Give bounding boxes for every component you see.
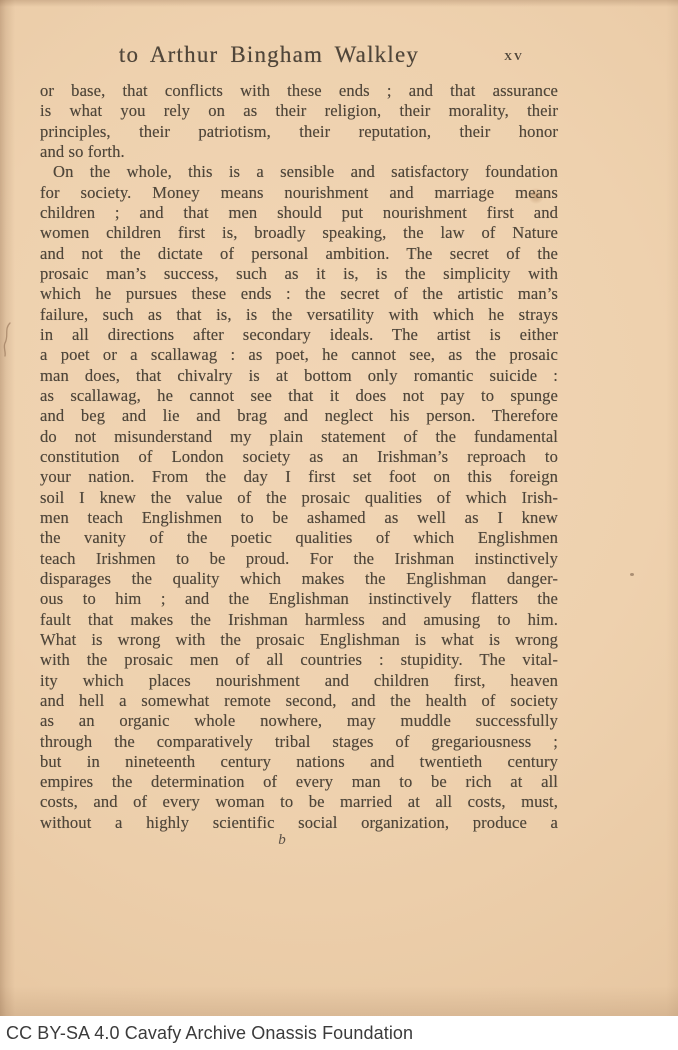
text-line: a poet or a scallawag : as poet, he cann…: [40, 345, 558, 365]
text-line: man does, that chivalry is at bottom onl…: [40, 366, 558, 386]
text-line: women children first is, broadly speakin…: [40, 223, 558, 243]
text-line: or base, that conflicts with these ends …: [40, 81, 558, 101]
text-line: is what you rely on as their religion, t…: [40, 101, 558, 121]
text-line: without a highly scientific social organ…: [40, 813, 558, 833]
running-header: to Arthur Bingham Walkley xv: [40, 42, 558, 74]
paper-stain: [528, 188, 544, 204]
text-line: and beg and lie and brag and neglect his…: [40, 406, 558, 426]
license-bar: CC BY-SA 4.0 Cavafy Archive Onassis Foun…: [0, 1016, 678, 1050]
text-line: with the prosaic men of all countries : …: [40, 650, 558, 670]
text-line: men teach Englishmen to be ashamed as we…: [40, 508, 558, 528]
text-line: empires the determination of every man t…: [40, 772, 558, 792]
paper-speck: [630, 573, 634, 576]
text-line: ity which places nourishment and childre…: [40, 671, 558, 691]
text-line: your nation. From the day I first set fo…: [40, 467, 558, 487]
text-line: and hell a somewhat remote second, and t…: [40, 691, 558, 711]
book-page-scan: to Arthur Bingham Walkley xv or base, th…: [0, 0, 678, 1016]
text-line: prosaic man’s success, such as it is, is…: [40, 264, 558, 284]
text-line: disparages the quality which makes the E…: [40, 569, 558, 589]
text-line: What is wrong with the prosaic Englishma…: [40, 630, 558, 650]
page-header-title: to Arthur Bingham Walkley: [40, 42, 498, 68]
text-line: ous to him ; and the Englishman instinct…: [40, 589, 558, 609]
text-line: as an organic whole nowhere, may muddle …: [40, 711, 558, 731]
signature-mark: b: [272, 832, 292, 849]
text-line: do not misunderstand my plain statement …: [40, 427, 558, 447]
text-line: teach Irishmen to be proud. For the Iris…: [40, 549, 558, 569]
text-line: in all directions after secondary ideals…: [40, 325, 558, 345]
text-line: failure, such as that is, is the versati…: [40, 305, 558, 325]
text-line: the vanity of the poetic qualities of wh…: [40, 528, 558, 548]
text-line: through the comparatively tribal stages …: [40, 732, 558, 752]
text-line: and so forth.: [40, 142, 558, 162]
license-text: CC BY-SA 4.0 Cavafy Archive Onassis Foun…: [6, 1023, 413, 1044]
text-line: but in nineteenth century nations and tw…: [40, 752, 558, 772]
text-line: principles, their patriotism, their repu…: [40, 122, 558, 142]
text-line: On the whole, this is a sensible and sat…: [40, 162, 558, 182]
text-line: and not the dictate of personal ambition…: [40, 244, 558, 264]
text-line: constitution of London society as an Iri…: [40, 447, 558, 467]
page-number: xv: [504, 47, 524, 65]
text-line: as scallawag, he cannot see that it does…: [40, 386, 558, 406]
text-line: fault that makes the Irishman harmless a…: [40, 610, 558, 630]
text-line: costs, and of every woman to be married …: [40, 792, 558, 812]
text-line: children ; and that men should put nouri…: [40, 203, 558, 223]
text-line: soil I knew the value of the prosaic qua…: [40, 488, 558, 508]
body-text: or base, that conflicts with these ends …: [40, 81, 558, 833]
margin-mark: [1, 320, 15, 360]
text-line: which he pursues these ends : the secret…: [40, 284, 558, 304]
text-line: for society. Money means nourishment and…: [40, 183, 558, 203]
